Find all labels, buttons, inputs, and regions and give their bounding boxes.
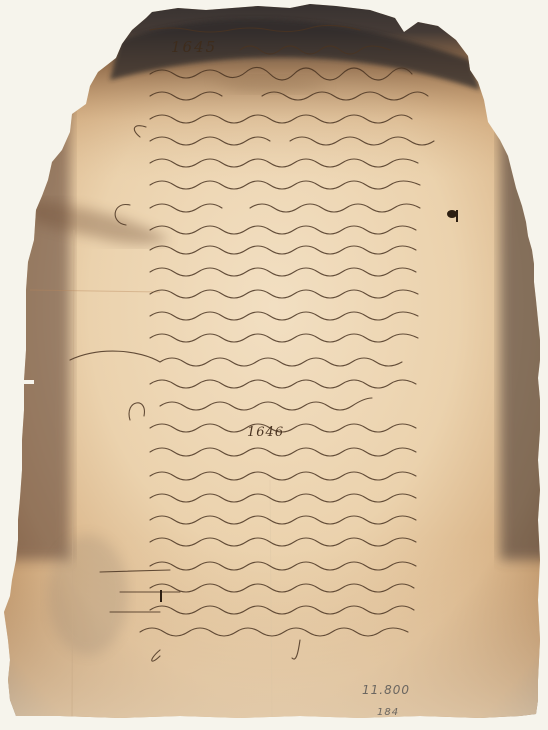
manuscript-photo: 1645 1646 11.800 184 (0, 0, 548, 730)
manuscript-sheet (0, 0, 548, 730)
